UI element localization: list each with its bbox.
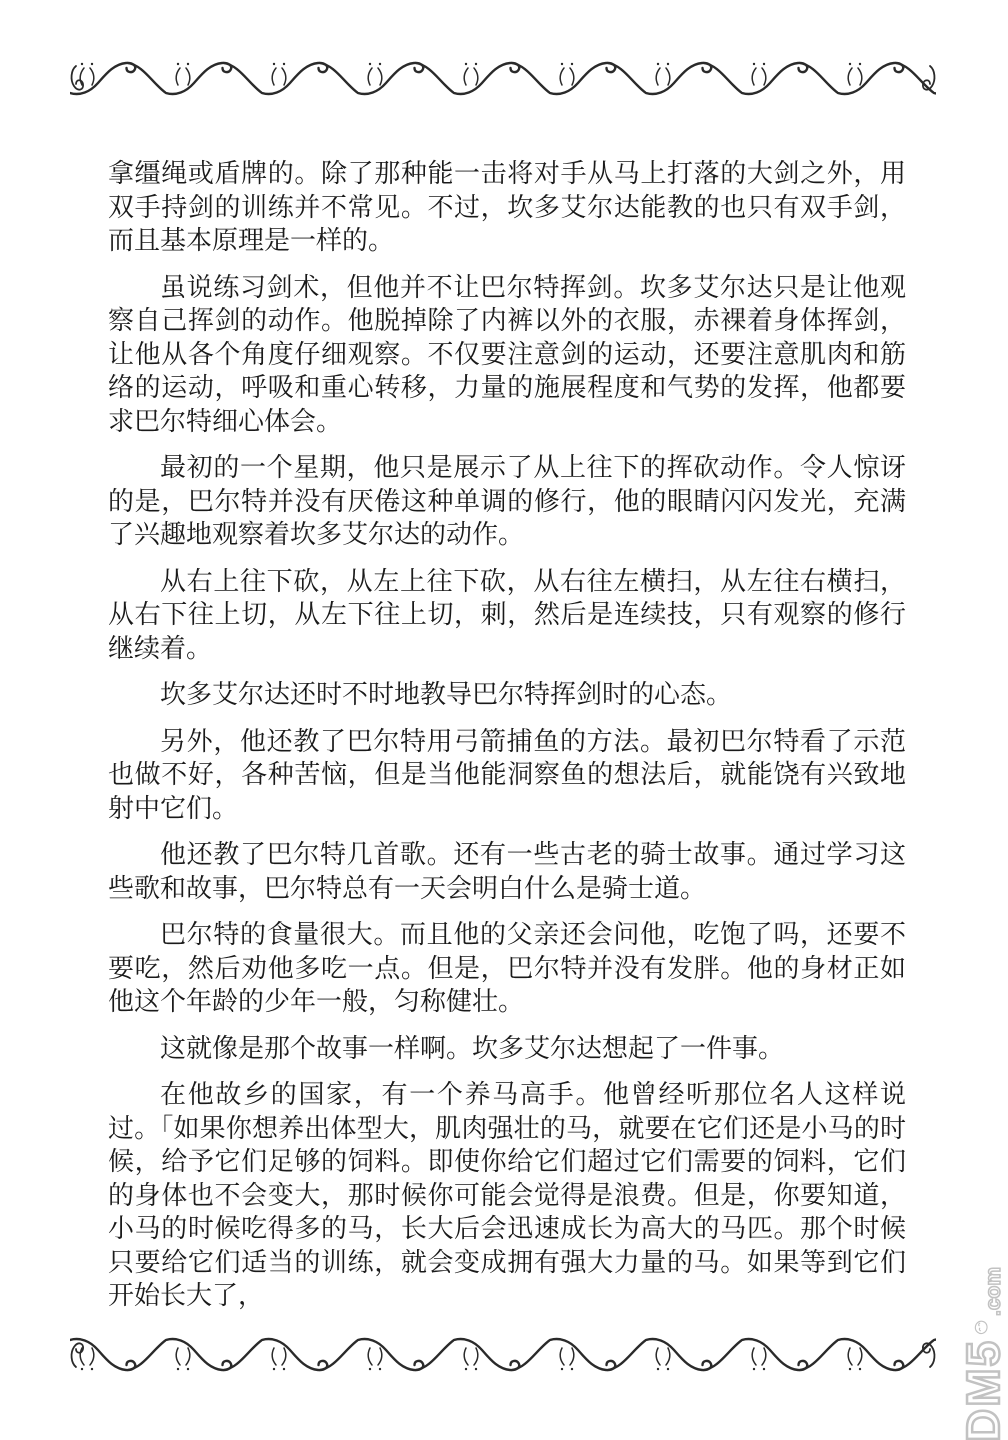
text-content: 拿缰绳或盾牌的。除了那种能一击将对手从马上打落的大剑之外，用双手持剑的训练并不常…: [108, 157, 906, 1326]
scrollwork-flourish-icon: [70, 56, 936, 102]
novel-page: 拿缰绳或盾牌的。除了那种能一击将对手从马上打落的大剑之外，用双手持剑的训练并不常…: [0, 0, 1008, 1440]
paragraph: 最初的一个星期，他只是展示了从上往下的挥砍动作。令人惊讶的是，巴尔特并没有厌倦这…: [108, 451, 906, 552]
paragraph: 虽说练习剑术，但他并不让巴尔特挥剑。坎多艾尔达只是让他观察自己挥剑的动作。他脱掉…: [108, 271, 906, 439]
paragraph: 他还教了巴尔特几首歌。还有一些古老的骑士故事。通过学习这些歌和故事，巴尔特总有一…: [108, 838, 906, 905]
watermark-suffix-text: .com: [982, 1267, 1006, 1316]
ornamental-border-top: [70, 56, 936, 102]
paragraph: 在他故乡的国家，有一个养马高手。他曾经听那位名人这样说过。「如果你想养出体型大，…: [108, 1078, 906, 1313]
paragraph: 从右上往下砍，从左上往下砍，从右往左横扫，从左往右横扫，从右下往上切，从左下往上…: [108, 565, 906, 666]
scrollwork-flourish-icon: [70, 1331, 936, 1377]
watermark-brand-text: DM5: [960, 1339, 1006, 1440]
paragraph: 拿缰绳或盾牌的。除了那种能一击将对手从马上打落的大剑之外，用双手持剑的训练并不常…: [108, 157, 906, 258]
paragraph: 另外，他还教了巴尔特用弓箭捕鱼的方法。最初巴尔特看了示范也做不好，各种苦恼，但是…: [108, 725, 906, 826]
dm5-mascot-icon: [966, 1318, 996, 1337]
paragraph: 这就像是那个故事一样啊。坎多艾尔达想起了一件事。: [108, 1032, 906, 1066]
ornamental-border-bottom: [70, 1331, 936, 1377]
dm5-watermark: DM5 .com: [948, 1267, 1006, 1440]
paragraph: 坎多艾尔达还时不时地教导巴尔特挥剑时的心态。: [108, 678, 906, 712]
paragraph: 巴尔特的食量很大。而且他的父亲还会问他，吃饱了吗，还要不要吃，然后劝他多吃一点。…: [108, 918, 906, 1019]
